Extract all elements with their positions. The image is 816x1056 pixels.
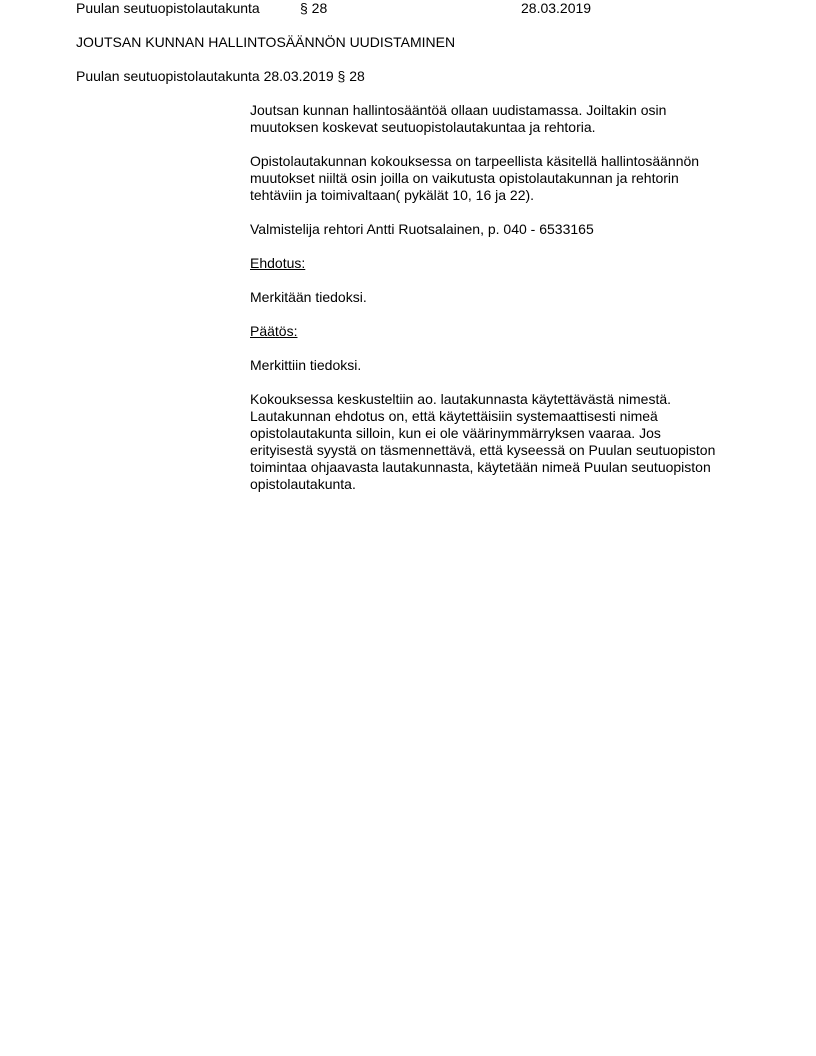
document-title: JOUTSAN KUNNAN HALLINTOSÄÄNNÖN UUDISTAMI… — [76, 34, 455, 51]
reason-line: Opistolautakunnan kokouksessa on tarpeel… — [250, 153, 750, 170]
discussion-line: opistolautakunta silloin, kun ei ole vää… — [250, 425, 750, 442]
discussion-line: toimintaa ohjaavasta lautakunnasta, käyt… — [250, 459, 750, 476]
header-date: 28.03.2019 — [521, 0, 591, 17]
proposal-heading-wrapper: Ehdotus: — [250, 255, 750, 272]
decision-heading: Päätös: — [250, 323, 297, 340]
reason-line: tehtäviin ja toimivaltaan( pykälät 10, 1… — [250, 187, 750, 204]
meeting-reference: Puulan seutuopistolautakunta 28.03.2019 … — [76, 68, 365, 85]
preparer-paragraph: Valmistelija rehtori Antti Ruotsalainen,… — [250, 221, 750, 238]
decision-text: Merkittiin tiedoksi. — [250, 357, 750, 374]
intro-line: muutoksen koskevat seutuopistolautakunta… — [250, 119, 750, 136]
reason-paragraph: Opistolautakunnan kokouksessa on tarpeel… — [250, 153, 750, 204]
discussion-line: Lautakunnan ehdotus on, että käytettäisi… — [250, 408, 750, 425]
header-paragraph-number: § 28 — [300, 0, 327, 17]
reason-line: muutokset niiltä osin joilla on vaikutus… — [250, 170, 750, 187]
intro-line: Joutsan kunnan hallintosääntöä ollaan uu… — [250, 102, 750, 119]
document-body: Joutsan kunnan hallintosääntöä ollaan uu… — [250, 102, 750, 510]
decision-heading-wrapper: Päätös: — [250, 323, 750, 340]
discussion-line: Kokouksessa keskusteltiin ao. lautakunna… — [250, 391, 750, 408]
discussion-paragraph: Kokouksessa keskusteltiin ao. lautakunna… — [250, 391, 750, 493]
proposal-text: Merkitään tiedoksi. — [250, 289, 750, 306]
discussion-line: opistolautakunta. — [250, 476, 750, 493]
intro-paragraph: Joutsan kunnan hallintosääntöä ollaan uu… — [250, 102, 750, 136]
discussion-line: erityisestä syystä on täsmennettävä, ett… — [250, 442, 750, 459]
header-body-name: Puulan seutuopistolautakunta — [76, 0, 260, 17]
proposal-heading: Ehdotus: — [250, 255, 305, 272]
